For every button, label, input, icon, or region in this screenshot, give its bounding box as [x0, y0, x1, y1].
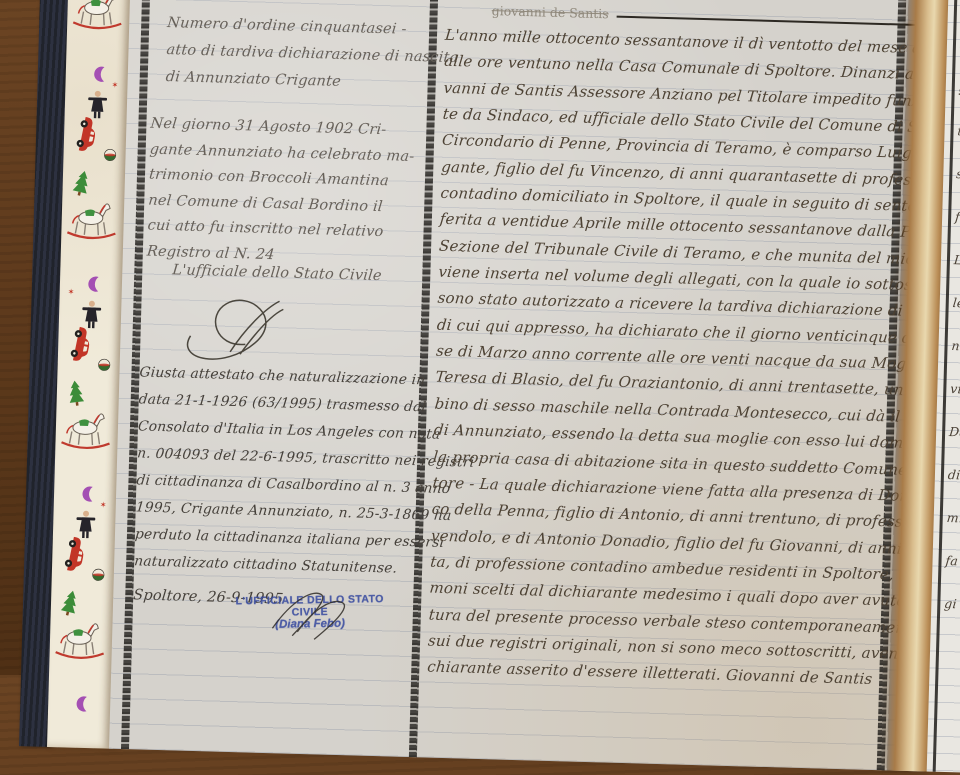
act-body-text: L'anno mille ottocento sessantanove il d… — [427, 22, 960, 675]
header-rule — [617, 16, 922, 27]
toy-car-icon — [73, 113, 103, 157]
tree-icon — [70, 168, 94, 198]
ball-icon — [92, 568, 105, 581]
crescent-moon-icon — [82, 486, 98, 502]
birth-act-column: giovanni de Santis L'anno mille ottocent… — [421, 0, 949, 675]
toy-car-icon — [62, 533, 92, 577]
handwriting-line: ni — [949, 324, 960, 368]
rocking-horse-icon — [57, 407, 114, 453]
naturalization-annotation: Giusta attestato che naturalizzazione in… — [134, 359, 477, 584]
act-header: Numero d'ordine cinquantasei -atto di ta… — [165, 10, 459, 99]
handwriting-line: tun — [955, 109, 960, 153]
marriage-annotation: Nel giorno 31 Agosto 1902 Cri-gante Annu… — [147, 112, 416, 272]
handwriting-line: fa — [943, 539, 960, 583]
rocking-horse-icon — [69, 0, 126, 33]
handwriting-line: le o — [951, 281, 960, 325]
toy-car-icon — [67, 323, 97, 367]
tree-icon — [58, 588, 82, 618]
handwriting-line: sotto — [954, 152, 960, 196]
star-icon: ✶ — [100, 500, 107, 509]
crescent-moon-icon — [88, 276, 104, 292]
tree-icon — [65, 379, 86, 408]
ball-icon — [98, 358, 111, 371]
handwriting-line: L' — [952, 238, 960, 282]
rocking-horse-icon — [51, 617, 108, 663]
handwriting-line: m. — [945, 496, 960, 540]
star-icon: ✶ — [111, 80, 118, 89]
star-icon: ✶ — [68, 287, 75, 296]
handwriting-line: viv — [948, 367, 960, 411]
registrar-signature-flourish — [262, 583, 354, 645]
rocking-horse-icon — [63, 197, 120, 243]
register-book: ✶ ✶ ✶ Numero d'ordine cinquantasei -atto… — [0, 0, 960, 675]
handwriting-line: fu — [953, 195, 960, 239]
handwriting-line: di — [946, 453, 960, 497]
official-signature-flourish — [170, 280, 322, 369]
margin-annotations-column: Numero d'ordine cinquantasei -atto di ta… — [129, 0, 429, 675]
photo-of-register: { "colors": { "wood_table": "#5e3a1c", "… — [0, 0, 960, 675]
ball-icon — [103, 148, 116, 161]
handwriting-line: gi — [942, 582, 960, 626]
registry-page: Numero d'ordine cinquantasei -atto di ta… — [109, 0, 947, 675]
handwriting-line: Da — [947, 410, 960, 454]
crescent-moon-icon — [94, 66, 110, 82]
faint-header-name: giovanni de Santis — [492, 3, 609, 21]
